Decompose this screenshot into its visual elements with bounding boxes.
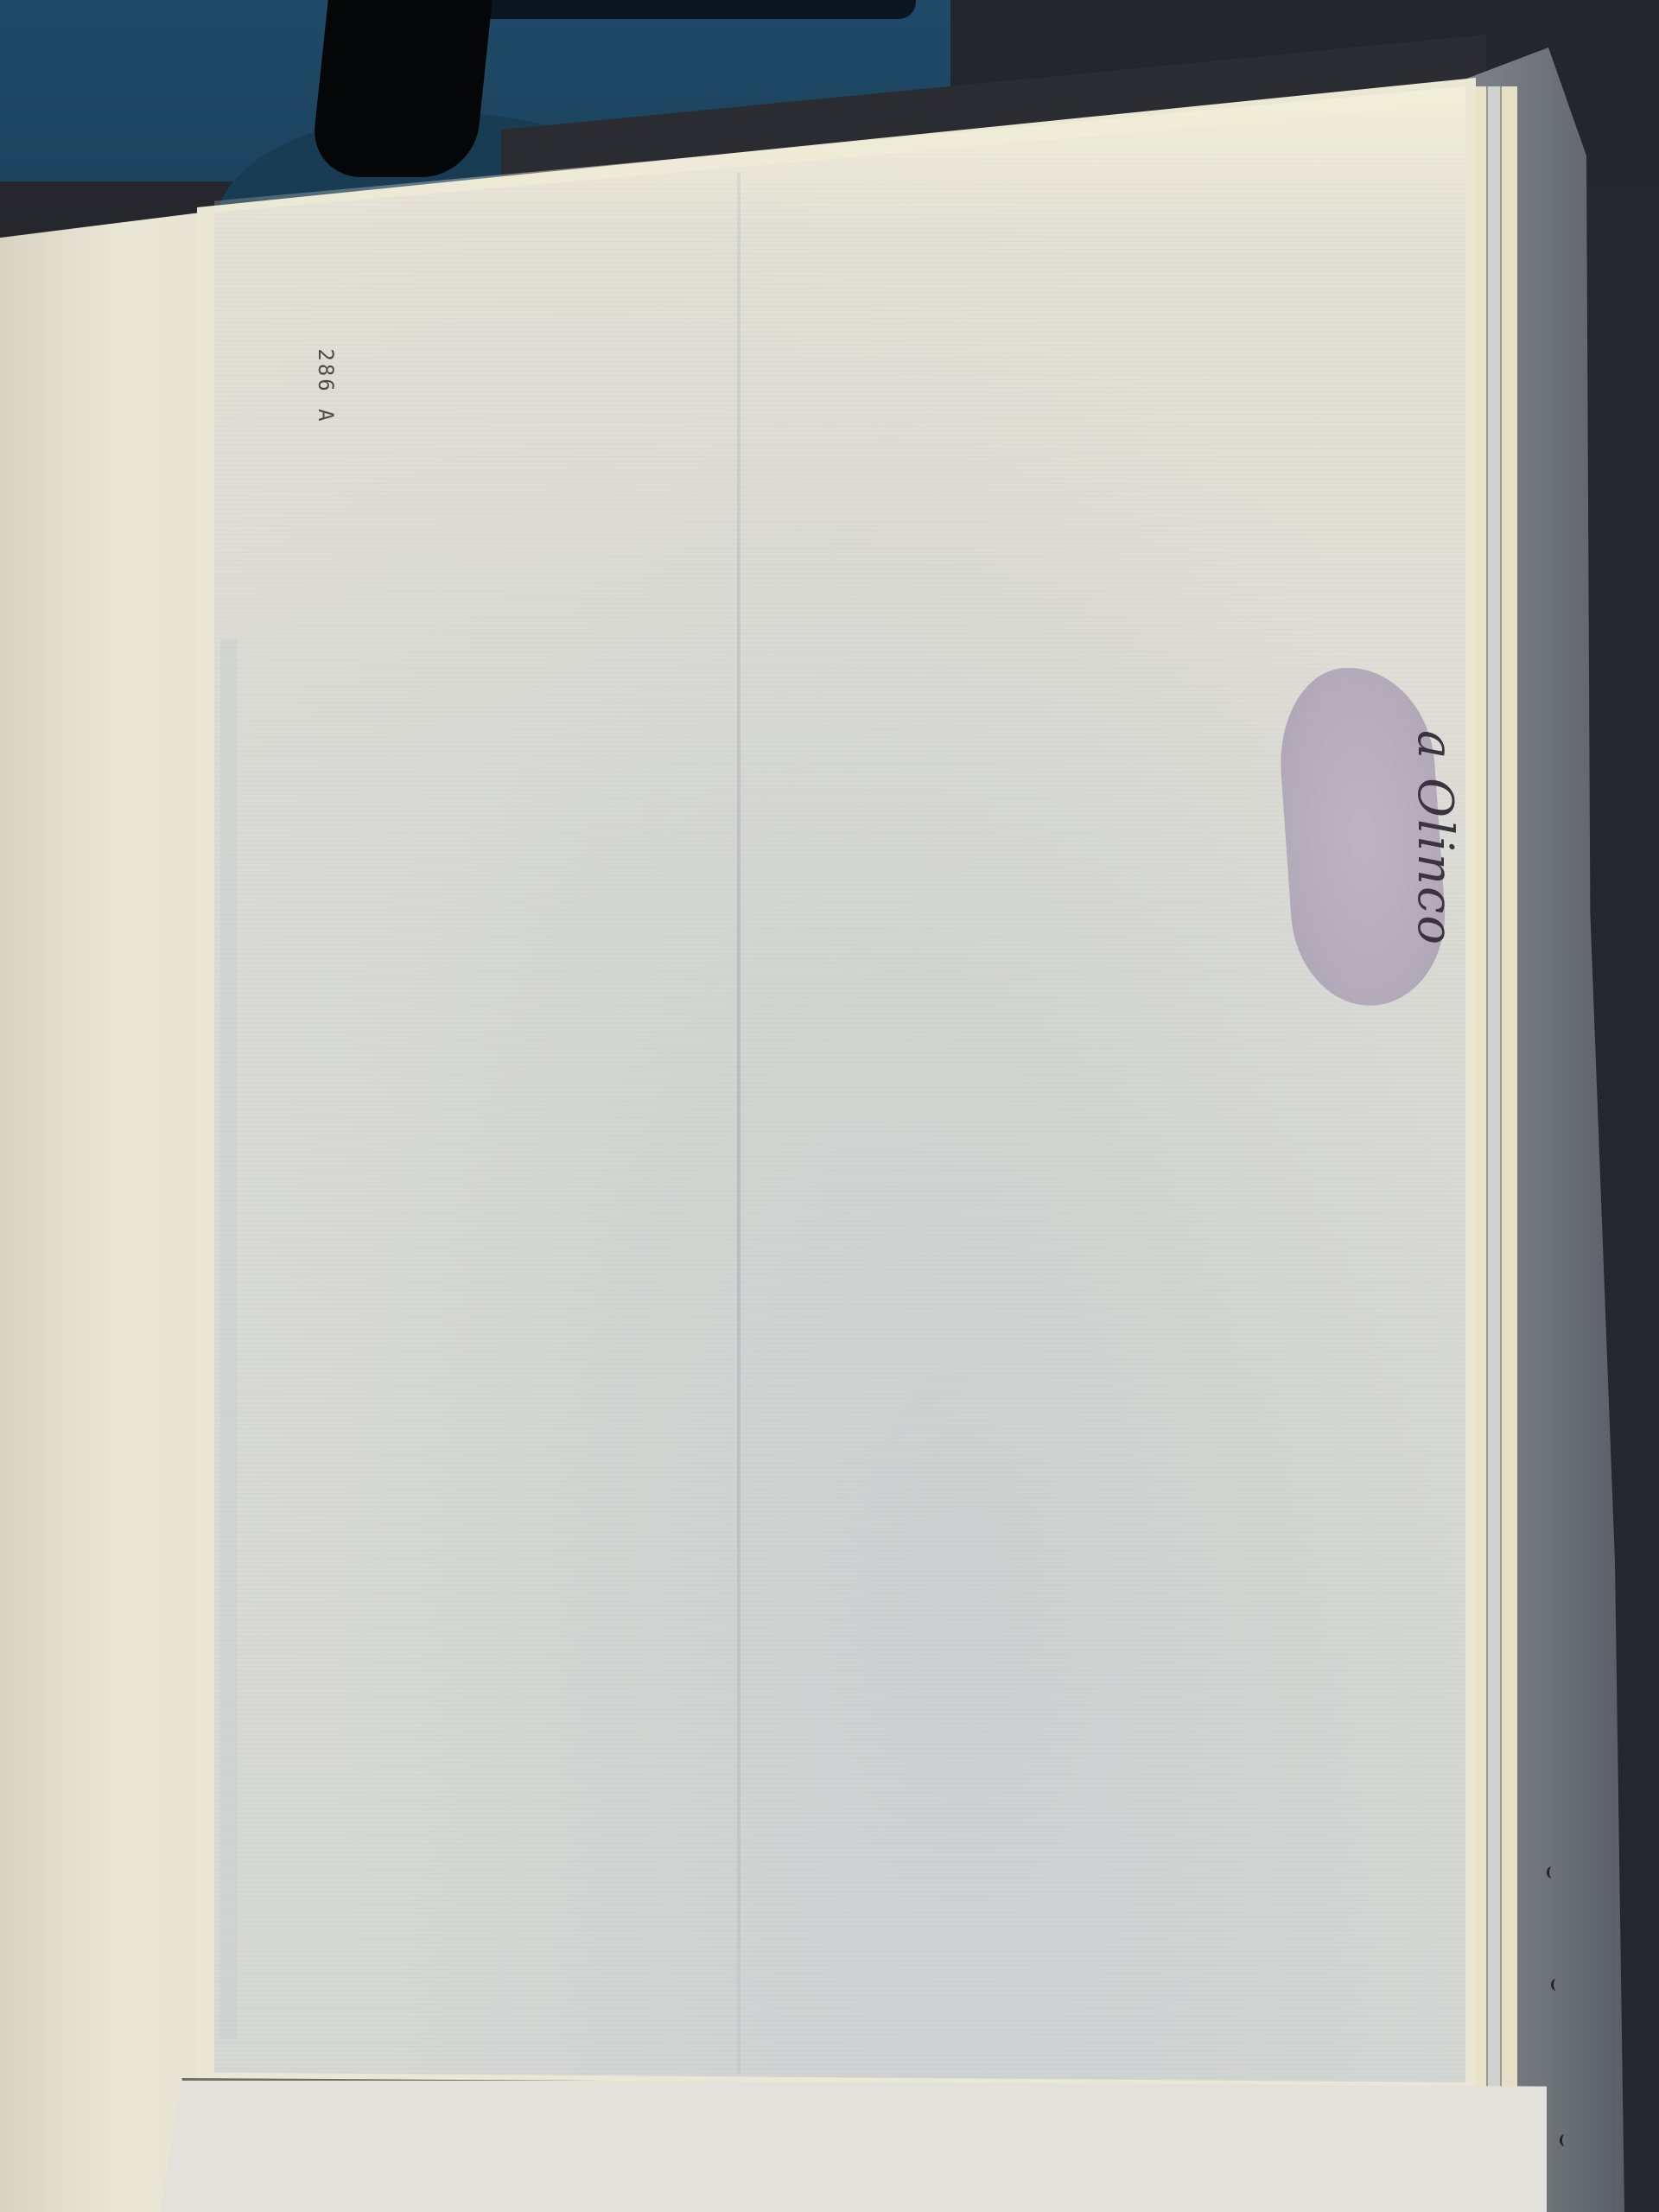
paper-left-strip bbox=[220, 639, 238, 2039]
stamp-handwriting: a Olinco bbox=[1408, 674, 1460, 1002]
page-stack-edge bbox=[1486, 86, 1500, 2212]
edge-ink-mark bbox=[1551, 1979, 1562, 1991]
edge-ink-mark bbox=[1547, 1866, 1558, 1878]
bottom-card-sheet bbox=[160, 2078, 1547, 2212]
facing-page bbox=[0, 212, 207, 2212]
mounted-paper-sheet bbox=[214, 104, 1465, 2082]
catalog-number-label: 286 A bbox=[313, 330, 339, 442]
edge-ink-mark bbox=[1560, 2134, 1571, 2146]
background-chair-leg bbox=[309, 0, 494, 177]
page-stack-edge bbox=[1500, 86, 1517, 2212]
page-stack-edge bbox=[1474, 86, 1486, 2212]
background-chair-bar bbox=[467, 0, 916, 19]
paper-fold-line bbox=[737, 173, 741, 2074]
